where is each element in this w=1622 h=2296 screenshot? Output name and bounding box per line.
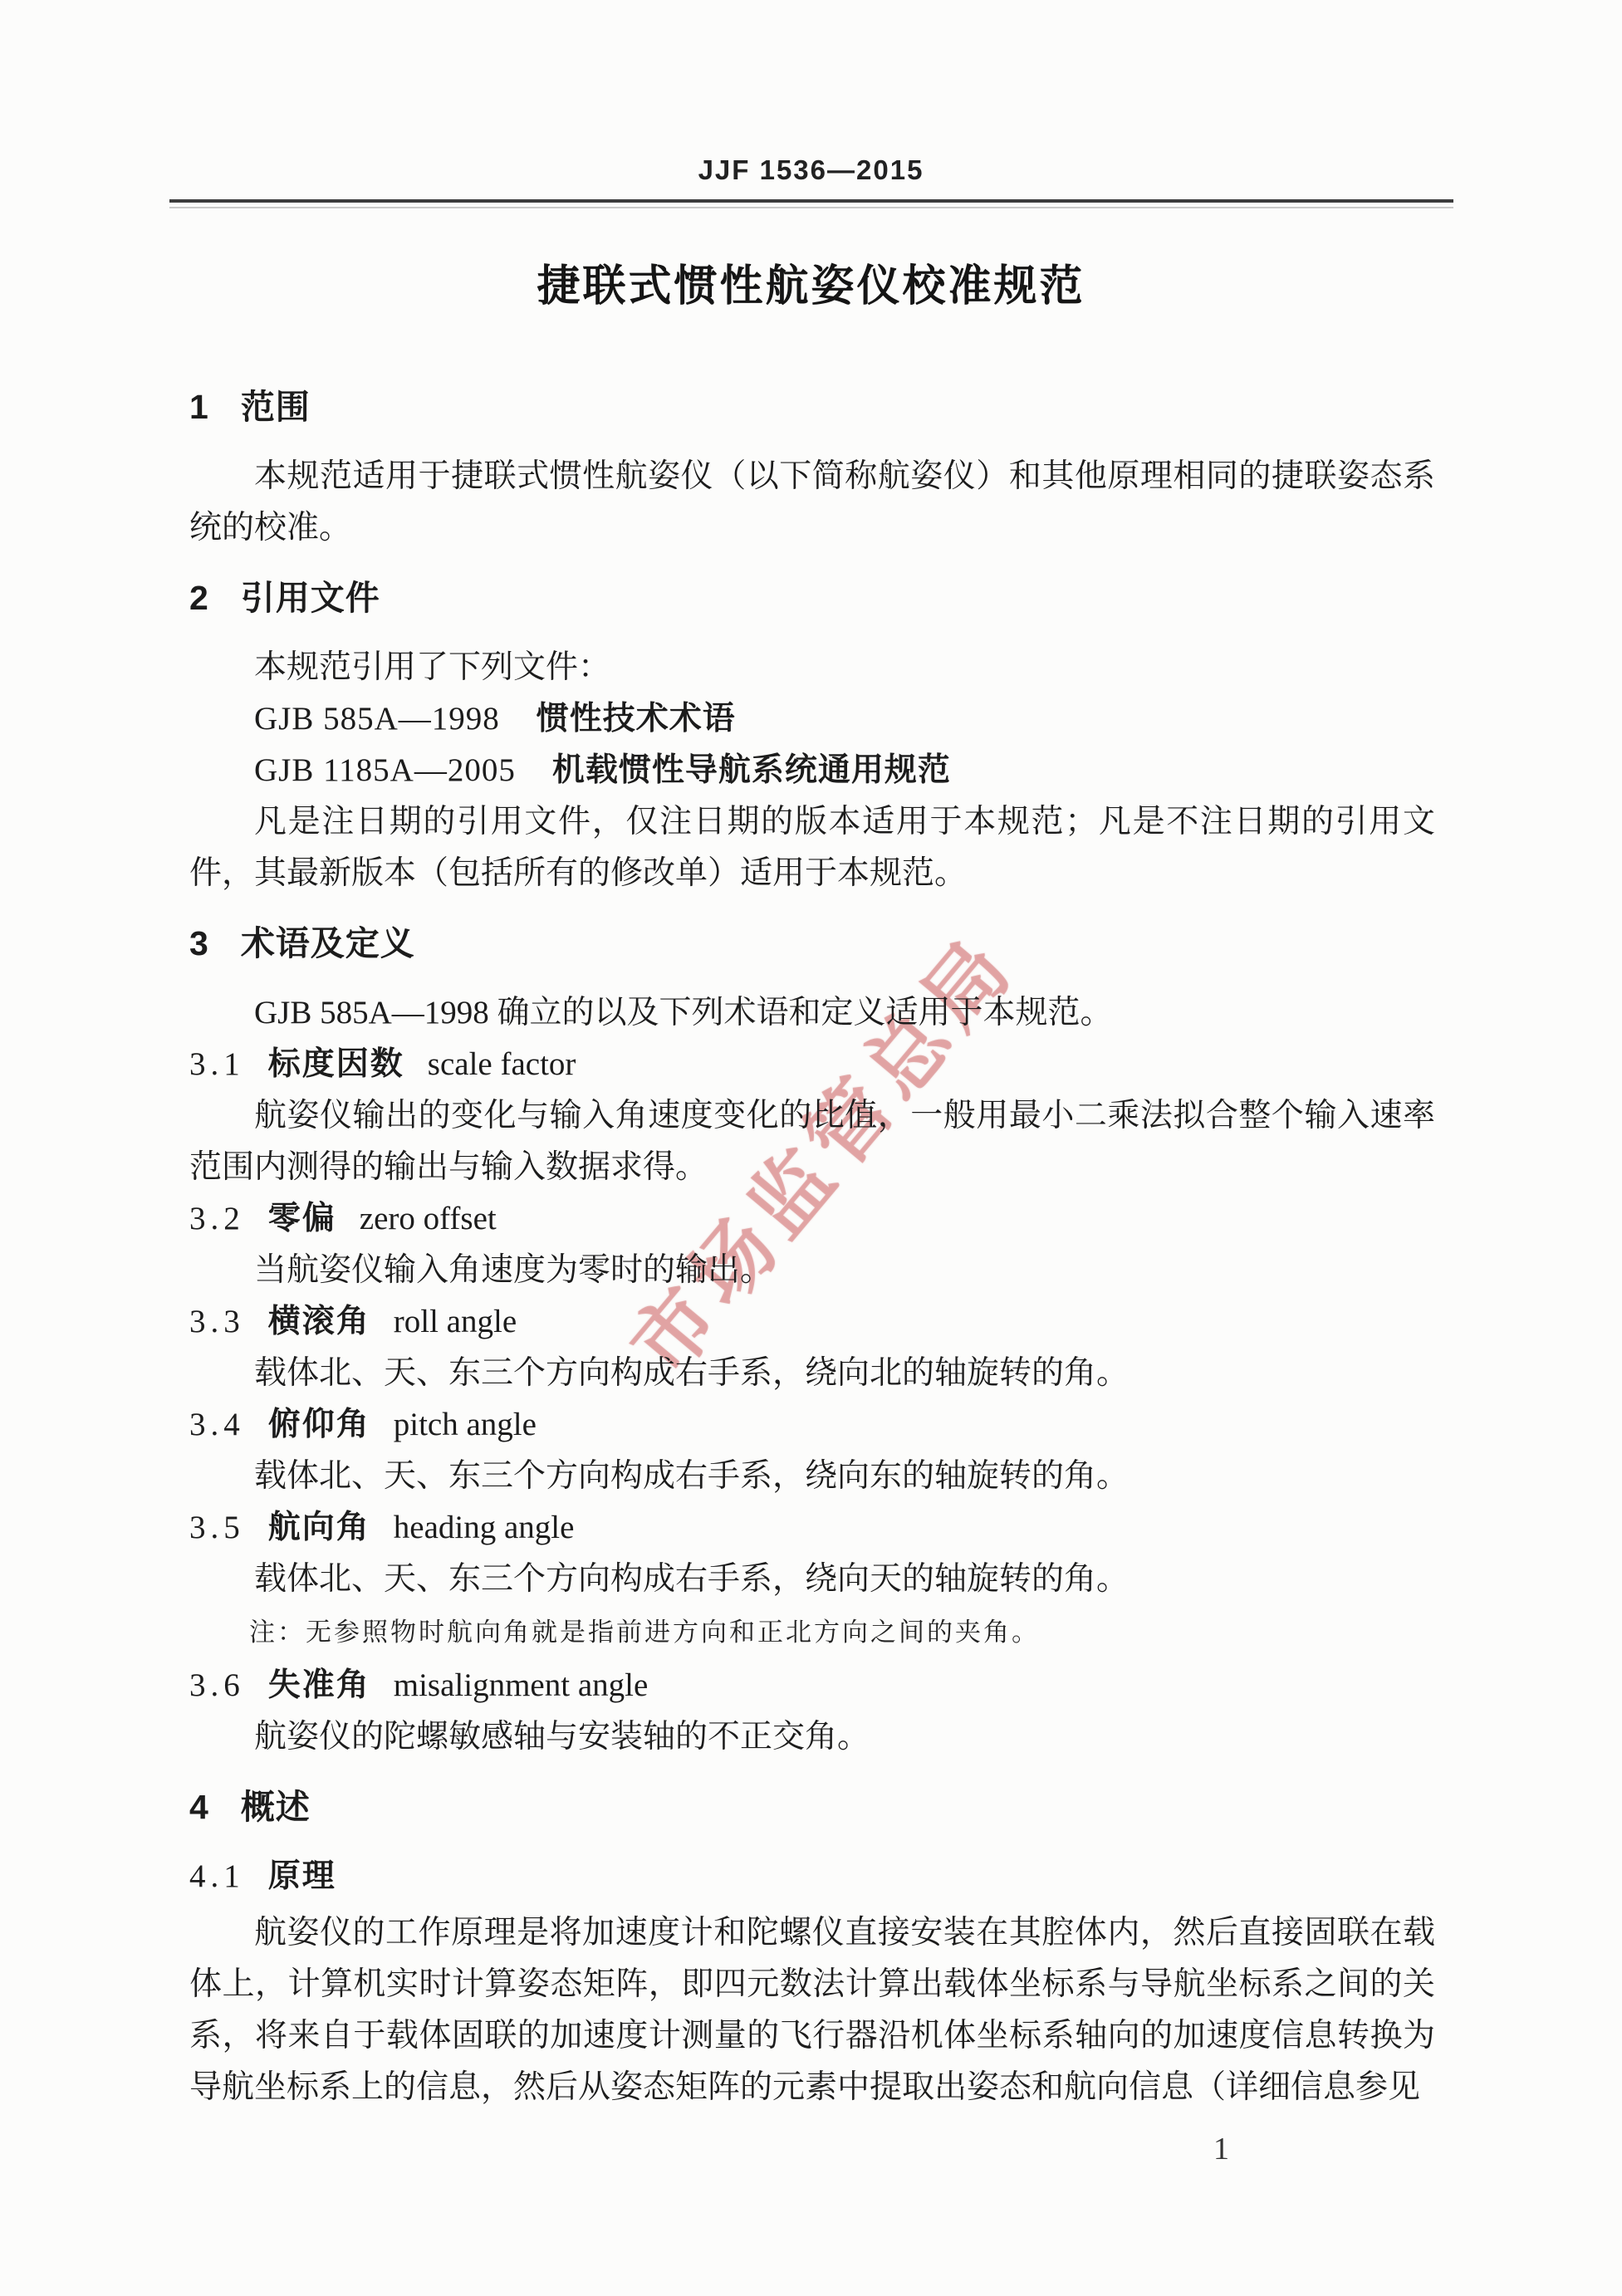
reference-code: GJB 1185A—2005: [254, 752, 516, 788]
subsection-title: 原理: [268, 1858, 336, 1894]
term-chinese: 航向角: [268, 1510, 370, 1545]
term-number: 3.2: [189, 1201, 245, 1236]
term-english: misalignment angle: [394, 1667, 649, 1703]
header-rule-thin-line: [169, 207, 1453, 208]
document-body: 1范围 本规范适用于捷联式惯性航姿仪（以下简称航姿仪）和其他原理相同的捷联姿态系…: [189, 381, 1435, 2171]
section-3-number: 3: [189, 924, 209, 962]
reference-title: 机载惯性导航系统通用规范: [552, 752, 951, 788]
section-2-heading: 2引用文件: [189, 572, 1435, 624]
term-3-5-note: 注：无参照物时航向角就是指前进方向和正北方向之间的夹角。: [189, 1605, 1435, 1660]
term-number: 3.3: [189, 1304, 245, 1339]
term-3-6-heading: 3.6失准角misalignment angle: [189, 1660, 1435, 1711]
term-3-4-heading: 3.4俯仰角pitch angle: [189, 1399, 1435, 1451]
term-number: 3.5: [189, 1510, 245, 1545]
term-3-3-definition: 载体北、天、东三个方向构成右手系，绕向北的轴旋转的角。: [189, 1348, 1435, 1399]
term-3-2-heading: 3.2零偏zero offset: [189, 1193, 1435, 1245]
section-2-paragraph: 凡是注日期的引用文件，仅注日期的版本适用于本规范；凡是不注日期的引用文件，其最新…: [189, 796, 1435, 899]
subsection-4-1-heading: 4.1原理: [189, 1851, 1435, 1902]
page-number: 1: [189, 2127, 1435, 2171]
term-english: zero offset: [360, 1201, 497, 1236]
term-chinese: 失准角: [268, 1667, 370, 1703]
term-3-1-definition: 航姿仪输出的变化与输入角速度变化的比值，一般用最小二乘法拟合整个输入速率范围内测…: [189, 1090, 1435, 1193]
section-1-number: 1: [189, 388, 209, 426]
term-3-5-definition: 载体北、天、东三个方向构成右手系，绕向天的轴旋转的角。: [189, 1554, 1435, 1605]
section-4-number: 4: [189, 1788, 209, 1826]
section-3-heading: 3术语及定义: [189, 918, 1435, 969]
header-rule: [169, 199, 1453, 208]
subsection-4-1-paragraph: 航姿仪的工作原理是将加速度计和陀螺仪直接安装在其腔体内，然后直接固联在载体上，计…: [189, 1907, 1435, 2113]
section-4-title: 概述: [241, 1788, 311, 1826]
header-rule-thick-line: [169, 199, 1453, 203]
term-english: roll angle: [394, 1304, 517, 1339]
term-number: 3.6: [189, 1667, 245, 1703]
section-2-number: 2: [189, 579, 209, 617]
subsection-number: 4.1: [189, 1858, 245, 1894]
reference-title: 惯性技术术语: [537, 701, 736, 737]
term-english: scale factor: [428, 1046, 576, 1082]
term-3-4-definition: 载体北、天、东三个方向构成右手系，绕向东的轴旋转的角。: [189, 1451, 1435, 1502]
term-3-2-definition: 当航姿仪输入角速度为零时的输出。: [189, 1245, 1435, 1296]
term-number: 3.1: [189, 1046, 245, 1082]
section-1-title: 范围: [241, 388, 311, 426]
reference-code: GJB 585A—1998: [254, 701, 500, 737]
term-english: pitch angle: [394, 1407, 537, 1442]
term-3-5-heading: 3.5航向角heading angle: [189, 1502, 1435, 1554]
document-page: 市场监管总局 JJF 1536—2015 捷联式惯性航姿仪校准规范 1范围 本规…: [0, 0, 1622, 2296]
section-4-heading: 4概述: [189, 1781, 1435, 1833]
section-1-heading: 1范围: [189, 381, 1435, 433]
term-chinese: 零偏: [268, 1201, 336, 1236]
reference-item: GJB 585A—1998惯性技术术语: [189, 693, 1435, 745]
term-3-6-definition: 航姿仪的陀螺敏感轴与安装轴的不正交角。: [189, 1711, 1435, 1763]
term-3-3-heading: 3.3横滚角roll angle: [189, 1296, 1435, 1348]
section-3-intro: GJB 585A—1998 确立的以及下列术语和定义适用于本规范。: [189, 987, 1435, 1039]
section-3-title: 术语及定义: [241, 924, 415, 962]
section-2-title: 引用文件: [241, 579, 380, 617]
term-english: heading angle: [394, 1510, 575, 1545]
term-chinese: 标度因数: [268, 1046, 404, 1082]
document-title: 捷联式惯性航姿仪校准规范: [0, 262, 1622, 311]
term-3-1-heading: 3.1标度因数scale factor: [189, 1039, 1435, 1090]
running-head-standard-code: JJF 1536—2015: [0, 0, 1622, 186]
term-chinese: 俯仰角: [268, 1407, 370, 1442]
term-chinese: 横滚角: [268, 1304, 370, 1339]
reference-item: GJB 1185A—2005机载惯性导航系统通用规范: [189, 745, 1435, 796]
section-1-paragraph: 本规范适用于捷联式惯性航姿仪（以下简称航姿仪）和其他原理相同的捷联姿态系统的校准…: [189, 451, 1435, 554]
term-number: 3.4: [189, 1407, 245, 1442]
section-2-intro: 本规范引用了下列文件：: [189, 642, 1435, 693]
